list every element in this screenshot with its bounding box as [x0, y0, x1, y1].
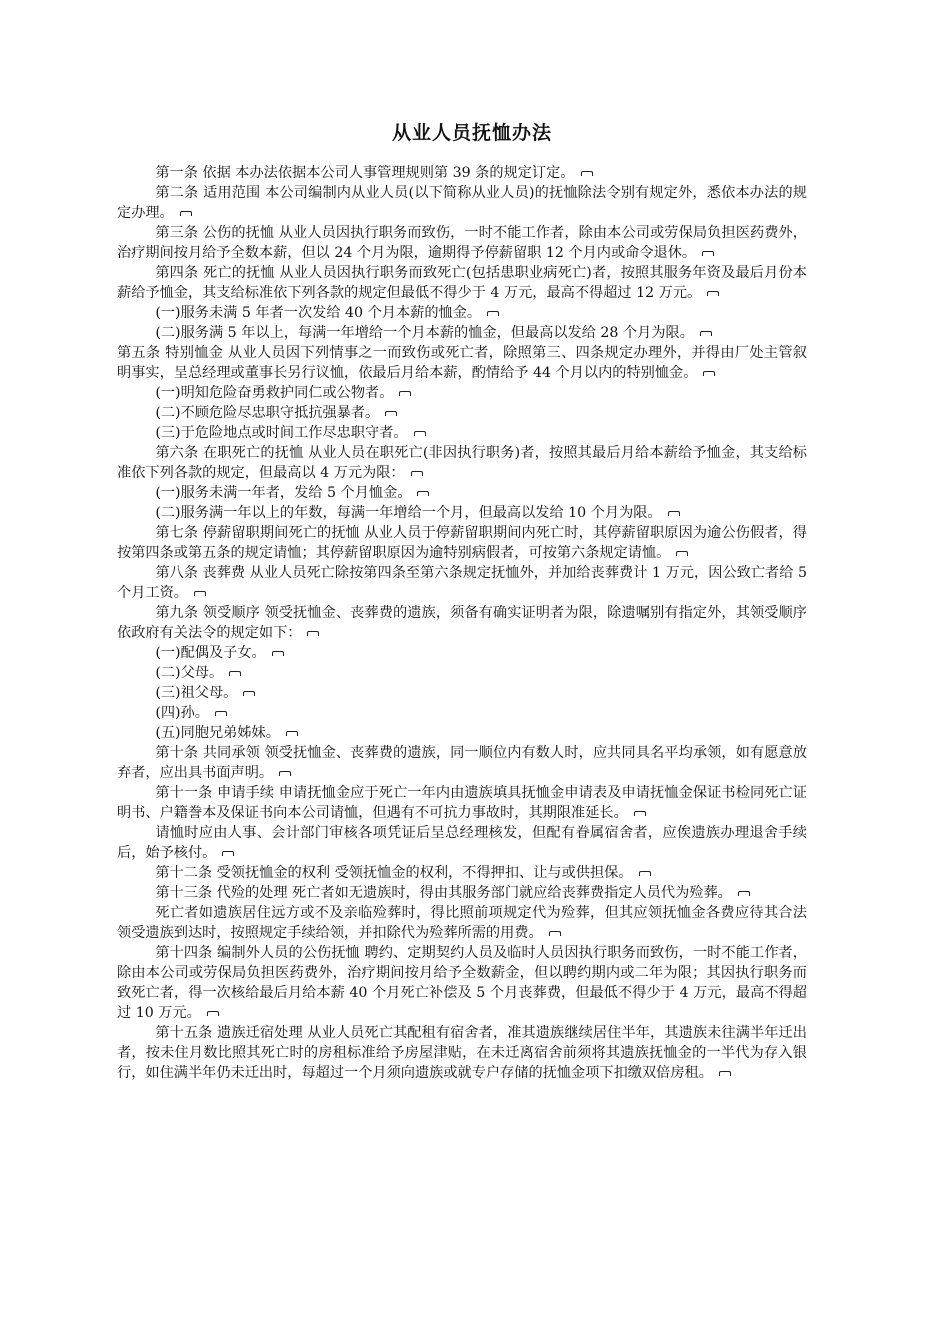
paragraph-text: 第六条 在职死亡的抚恤 从业人员在职死亡(非因执行职务)者，按照其最后月给本薪给… [117, 445, 807, 481]
paragraph-text: (二)服务满一年以上的年数，每满一年增给一个月，但最高以发给 10 个月为限。 [155, 505, 661, 521]
paragraph: 第十三条 代殓的处理 死亡者如无遗族时，得由其服务部门就应给丧葬费指定人员代为殓… [117, 883, 807, 903]
paragraph-text: 第五条 特别恤金 从业人员因下列情事之一而致伤或死亡者，除照第三、四条规定办理外… [117, 345, 807, 381]
paragraph-mark-icon [194, 591, 206, 596]
paragraph: (一)明知危险奋勇救护同仁或公物者。 [117, 383, 807, 403]
paragraph-text: 第十条 共同承领 领受抚恤金、丧葬费的遗族，同一顺位内有数人时，应共同具名平均承… [117, 745, 807, 781]
paragraph-mark-icon [385, 411, 397, 416]
paragraph-text: (一)服务未满 5 年者一次发给 40 个月本薪的恤金。 [155, 305, 481, 321]
paragraph: (二)服务满一年以上的年数，每满一年增给一个月，但最高以发给 10 个月为限。 [117, 503, 807, 523]
paragraph: 第二条 适用范围 本公司编制内从业人员(以下简称从业人员)的抚恤除法令别有规定外… [117, 183, 807, 223]
paragraph-mark-icon [703, 371, 715, 376]
paragraph-mark-icon [719, 1071, 731, 1076]
paragraph-text: (三)祖父母。 [155, 685, 237, 701]
paragraph: 第七条 停薪留职期间死亡的抚恤 从业人员于停薪留职期间内死亡时，其停薪留职原因为… [117, 523, 807, 563]
paragraph-text: 第十一条 申请手续 申请抚恤金应于死亡一年内由遗族填具抚恤金申请表及申请抚恤金保… [117, 785, 807, 821]
paragraph-mark-icon [411, 471, 423, 476]
paragraph-mark-icon [634, 811, 646, 816]
paragraph-text: 第七条 停薪留职期间死亡的抚恤 从业人员于停薪留职期间内死亡时，其停薪留职原因为… [117, 525, 807, 561]
paragraph: 第十条 共同承领 领受抚恤金、丧葬费的遗族，同一顺位内有数人时，应共同具名平均承… [117, 743, 807, 783]
paragraph: 第三条 公伤的抚恤 从业人员因执行职务而致伤，一时不能工作者，除由本公司或劳保局… [117, 223, 807, 263]
paragraph: 第十四条 编制外人员的公伤抚恤 聘约、定期契约人员及临时人员因执行职务而致伤，一… [117, 943, 807, 1023]
paragraph: 第九条 领受顺序 领受抚恤金、丧葬费的遗族，须备有确实证明者为限，除遗嘱别有指定… [117, 603, 807, 643]
paragraph: 第一条 依据 本办法依据本公司人事管理规则第 39 条的规定订定。 [117, 163, 807, 183]
paragraph-mark-icon [207, 1011, 219, 1016]
paragraph-mark-icon [581, 171, 593, 176]
paragraph-text: 第十三条 代殓的处理 死亡者如无遗族时，得由其服务部门就应给丧葬费指定人员代为殓… [155, 885, 732, 901]
paragraph: (二)不顾危险尽忠职守抵抗强暴者。 [117, 403, 807, 423]
paragraph-mark-icon [707, 291, 719, 296]
paragraph: (二)服务满 5 年以上，每满一年增给一个月本薪的恤金，但最高以发给 28 个月… [117, 323, 807, 343]
paragraph-mark-icon [668, 511, 680, 516]
paragraph-text: (三)于危险地点或时间工作尽忠职守者。 [155, 425, 407, 441]
paragraph-text: (一)配偶及子女。 [155, 645, 265, 661]
paragraph-mark-icon [272, 651, 284, 656]
paragraph-mark-icon [414, 431, 426, 436]
paragraph-mark-icon [229, 671, 241, 676]
paragraph: (一)服务未满一年者，发给 5 个月恤金。 [117, 483, 807, 503]
paragraph-mark-icon [243, 691, 255, 696]
paragraph-text: (四)孙。 [155, 705, 209, 721]
paragraph-mark-icon [417, 491, 429, 496]
paragraph: 请恤时应由人事、会计部门审核各项凭证后呈总经理核发，但配有眷属宿舍者，应俟遗族办… [117, 823, 807, 863]
paragraph: 第五条 特别恤金 从业人员因下列情事之一而致伤或死亡者，除照第三、四条规定办理外… [117, 343, 807, 383]
paragraph-mark-icon [676, 551, 688, 556]
paragraph-text: 第十二条 受领抚恤金的权利 受领抚恤金的权利，不得押扣、让与或供担保。 [155, 865, 632, 881]
paragraph-mark-icon [279, 771, 291, 776]
paragraph: (一)配偶及子女。 [117, 643, 807, 663]
paragraph: 死亡者如遗族居住远方或不及亲临殓葬时，得比照前项规定代为殓葬，但其应领抚恤金各费… [117, 903, 807, 943]
paragraph-text: 第四条 死亡的抚恤 从业人员因执行职务而致死亡(包括患职业病死亡)者，按照其服务… [117, 265, 807, 301]
paragraph: (四)孙。 [117, 703, 807, 723]
paragraph: 第四条 死亡的抚恤 从业人员因执行职务而致死亡(包括患职业病死亡)者，按照其服务… [117, 263, 807, 303]
paragraph-mark-icon [215, 711, 227, 716]
document-title: 从业人员抚恤办法 [117, 118, 827, 145]
paragraph-text: 死亡者如遗族居住远方或不及亲临殓葬时，得比照前项规定代为殓葬，但其应领抚恤金各费… [117, 905, 807, 941]
paragraph-text: 第十五条 遗族迁宿处理 从业人员死亡其配租有宿舍者，准其遗族继续居住半年，其遗族… [117, 1025, 807, 1081]
paragraph-text: 第三条 公伤的抚恤 从业人员因执行职务而致伤，一时不能工作者，除由本公司或劳保局… [117, 225, 807, 261]
paragraph: (五)同胞兄弟姊妹。 [117, 723, 807, 743]
paragraph-mark-icon [399, 391, 411, 396]
paragraph-mark-icon [700, 331, 712, 336]
paragraph: (三)于危险地点或时间工作尽忠职守者。 [117, 423, 807, 443]
paragraph-text: 第九条 领受顺序 领受抚恤金、丧葬费的遗族，须备有确实证明者为限，除遗嘱别有指定… [117, 605, 807, 641]
paragraph: 第十二条 受领抚恤金的权利 受领抚恤金的权利，不得押扣、让与或供担保。 [117, 863, 807, 883]
paragraph-mark-icon [639, 871, 651, 876]
paragraph-mark-icon [222, 851, 234, 856]
paragraph-text: 第二条 适用范围 本公司编制内从业人员(以下简称从业人员)的抚恤除法令别有规定外… [117, 185, 807, 221]
document-body: 第一条 依据 本办法依据本公司人事管理规则第 39 条的规定订定。第二条 适用范… [117, 163, 807, 1083]
paragraph-text: 第十四条 编制外人员的公伤抚恤 聘约、定期契约人员及临时人员因执行职务而致伤，一… [117, 945, 807, 1021]
paragraph-mark-icon [487, 311, 499, 316]
paragraph-text: (五)同胞兄弟姊妹。 [155, 725, 280, 741]
paragraph-text: (二)服务满 5 年以上，每满一年增给一个月本薪的恤金，但最高以发给 28 个月… [155, 325, 694, 341]
paragraph-text: 第一条 依据 本办法依据本公司人事管理规则第 39 条的规定订定。 [155, 165, 574, 181]
paragraph: (二)父母。 [117, 663, 807, 683]
paragraph-text: (二)父母。 [155, 665, 223, 681]
paragraph-text: 请恤时应由人事、会计部门审核各项凭证后呈总经理核发，但配有眷属宿舍者，应俟遗族办… [117, 825, 807, 861]
paragraph-text: (二)不顾危险尽忠职守抵抗强暴者。 [155, 405, 379, 421]
paragraph-text: 第八条 丧葬费 从业人员死亡除按第四条至第六条规定抚恤外，并加给丧葬费计 1 万… [117, 565, 807, 601]
paragraph: 第八条 丧葬费 从业人员死亡除按第四条至第六条规定抚恤外，并加给丧葬费计 1 万… [117, 563, 807, 603]
paragraph-text: (一)明知危险奋勇救护同仁或公物者。 [155, 385, 393, 401]
paragraph-mark-icon [286, 731, 298, 736]
paragraph: 第十一条 申请手续 申请抚恤金应于死亡一年内由遗族填具抚恤金申请表及申请抚恤金保… [117, 783, 807, 823]
paragraph-mark-icon [307, 631, 319, 636]
paragraph-mark-icon [738, 891, 750, 896]
paragraph: 第十五条 遗族迁宿处理 从业人员死亡其配租有宿舍者，准其遗族继续居住半年，其遗族… [117, 1023, 807, 1083]
paragraph-mark-icon [180, 211, 192, 216]
paragraph: (一)服务未满 5 年者一次发给 40 个月本薪的恤金。 [117, 303, 807, 323]
paragraph: 第六条 在职死亡的抚恤 从业人员在职死亡(非因执行职务)者，按照其最后月给本薪给… [117, 443, 807, 483]
paragraph-text: (一)服务未满一年者，发给 5 个月恤金。 [155, 485, 411, 501]
paragraph-mark-icon [702, 251, 714, 256]
paragraph-mark-icon [549, 931, 561, 936]
paragraph: (三)祖父母。 [117, 683, 807, 703]
